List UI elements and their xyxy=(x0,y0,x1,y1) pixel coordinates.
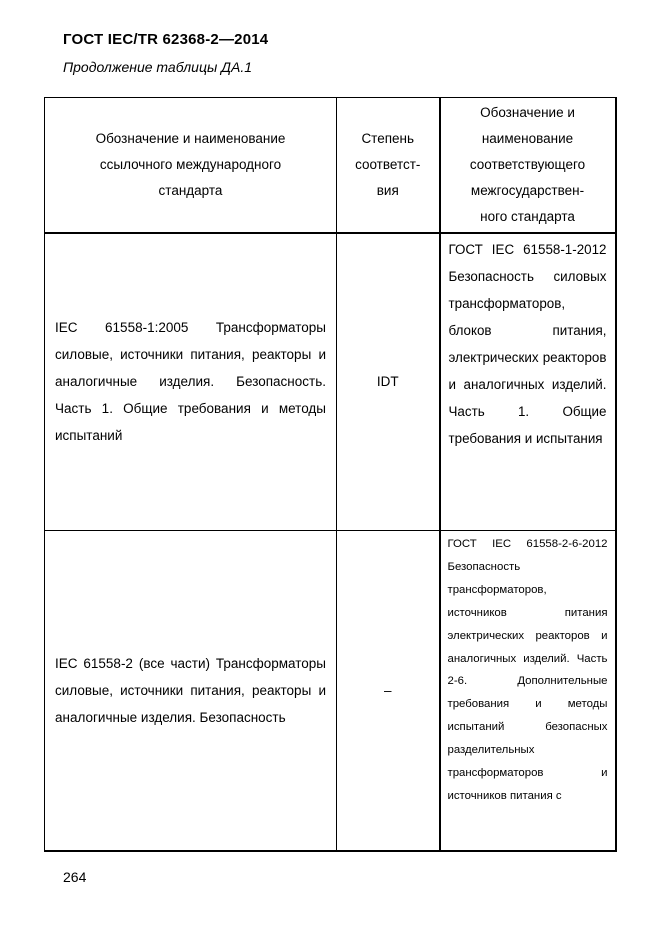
table-header-row: Обозначение и наименование ссылочного ме… xyxy=(45,98,616,233)
interstate-standard-cell: ГОСТ IEC 61558-1-2012 Безопасность силов… xyxy=(440,233,616,531)
header-interstate-standard: Обозначение и наименование соответствующ… xyxy=(440,98,616,233)
header-reference-standard: Обозначение и наименование ссылочного ме… xyxy=(45,98,337,233)
document-title: ГОСТ IEC/TR 62368-2—2014 xyxy=(63,31,268,48)
reference-standard-cell: IEC 61558-2 (все части) Трансформаторы с… xyxy=(45,531,337,851)
document-page: ГОСТ IEC/TR 62368-2—2014 Продолжение таб… xyxy=(0,0,661,935)
table-row: IEC 61558-1:2005 Трансформаторы силовые,… xyxy=(45,233,616,531)
interstate-standard-cell: ГОСТ IEC 61558-2-6-2012 Безопасность тра… xyxy=(440,531,616,851)
conformity-degree-cell: IDT xyxy=(337,233,440,531)
page-number: 264 xyxy=(63,869,86,885)
table-caption: Продолжение таблицы ДА.1 xyxy=(63,59,252,75)
reference-standard-cell: IEC 61558-1:2005 Трансформаторы силовые,… xyxy=(45,233,337,531)
conformity-degree-cell: – xyxy=(337,531,440,851)
standards-correspondence-table: Обозначение и наименование ссылочного ме… xyxy=(44,97,617,852)
table-row: IEC 61558-2 (все части) Трансформаторы с… xyxy=(45,531,616,851)
header-conformity-degree: Степень соответст- вия xyxy=(337,98,440,233)
